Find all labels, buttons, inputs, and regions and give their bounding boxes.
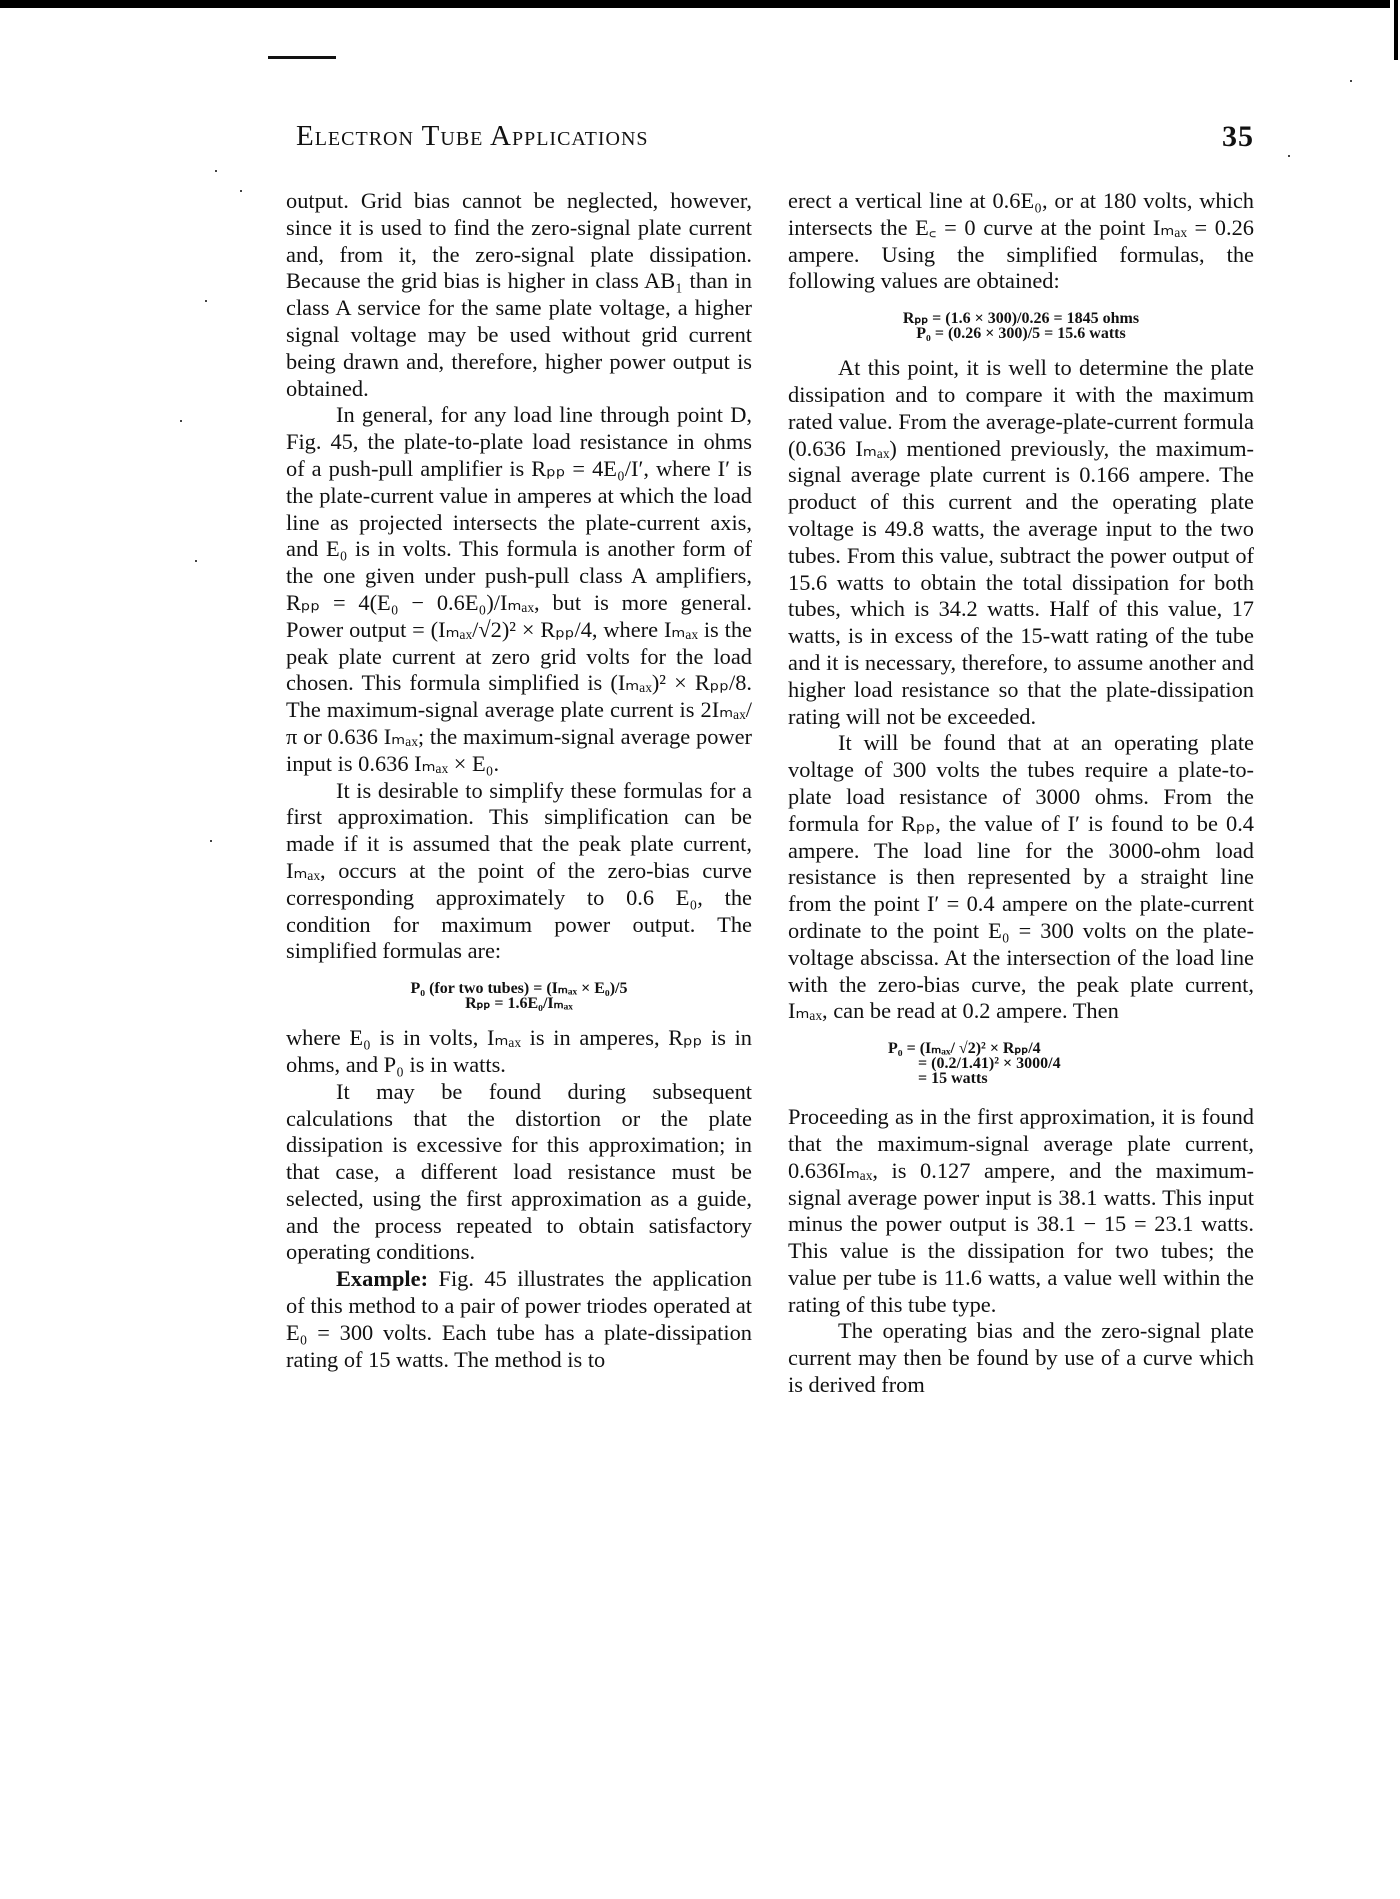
paragraph: erect a vertical line at 0.6E₀, or at 18… — [788, 188, 1254, 295]
equation-line: P₀ = (Iₘₐₓ/ √2)² × Rₚₚ/4 — [888, 1041, 1254, 1056]
equation-line: P₀ (for two tubes) = (Iₘₐₓ × E₀)/5 — [286, 981, 752, 996]
equation-first-approximation: Rₚₚ = (1.6 × 300)/0.26 = 1845 ohms P₀ = … — [788, 311, 1254, 341]
equation-simplified-formulas: P₀ (for two tubes) = (Iₘₐₓ × E₀)/5 Rₚₚ =… — [286, 981, 752, 1011]
paragraph: It may be found during subsequent calcul… — [286, 1079, 752, 1267]
equation-line: Rₚₚ = 1.6E₀/Iₘₐₓ — [286, 996, 752, 1011]
scan-speck — [1350, 80, 1352, 82]
paragraph: At this point, it is well to determine t… — [788, 355, 1254, 730]
equation-line: Rₚₚ = (1.6 × 300)/0.26 = 1845 ohms — [788, 311, 1254, 326]
running-title: Electron Tube Applications — [296, 120, 649, 153]
example-label: Example: — [336, 1266, 428, 1291]
page-number: 35 — [1222, 120, 1254, 154]
right-column: erect a vertical line at 0.6E₀, or at 18… — [788, 188, 1254, 1399]
running-head: Electron Tube Applications 35 — [296, 120, 1254, 160]
paragraph: The operating bias and the zero-signal p… — [788, 1318, 1254, 1398]
paragraph: output. Grid bias cannot be neglected, h… — [286, 188, 752, 402]
scan-speck — [210, 840, 212, 842]
paragraph: In general, for any load line through po… — [286, 402, 752, 777]
left-column: output. Grid bias cannot be neglected, h… — [286, 188, 752, 1373]
scan-speck — [240, 190, 242, 192]
paragraph: where E₀ is in volts, Iₘₐₓ is in amperes… — [286, 1025, 752, 1079]
paragraph: It is desirable to simplify these formul… — [286, 778, 752, 966]
scan-speck — [195, 560, 197, 562]
equation-line: P₀ = (0.26 × 300)/5 = 15.6 watts — [788, 326, 1254, 341]
scan-speck — [1288, 155, 1290, 157]
equation-power-output: P₀ = (Iₘₐₓ/ √2)² × Rₚₚ/4 = (0.2/1.41)² ×… — [888, 1041, 1254, 1086]
margin-rule-mark — [268, 56, 336, 59]
scan-speck — [180, 420, 182, 422]
scan-speck — [215, 170, 217, 172]
equation-line: = (0.2/1.41)² × 3000/4 — [888, 1056, 1254, 1071]
scan-speck — [205, 300, 207, 302]
scan-border-top — [0, 0, 1390, 8]
scan-border-right — [1394, 0, 1398, 60]
equation-line: = 15 watts — [888, 1071, 1254, 1086]
paragraph: Proceeding as in the first approximation… — [788, 1104, 1254, 1318]
paragraph: It will be found that at an operating pl… — [788, 730, 1254, 1025]
paragraph-example: Example: Fig. 45 illustrates the applica… — [286, 1266, 752, 1373]
